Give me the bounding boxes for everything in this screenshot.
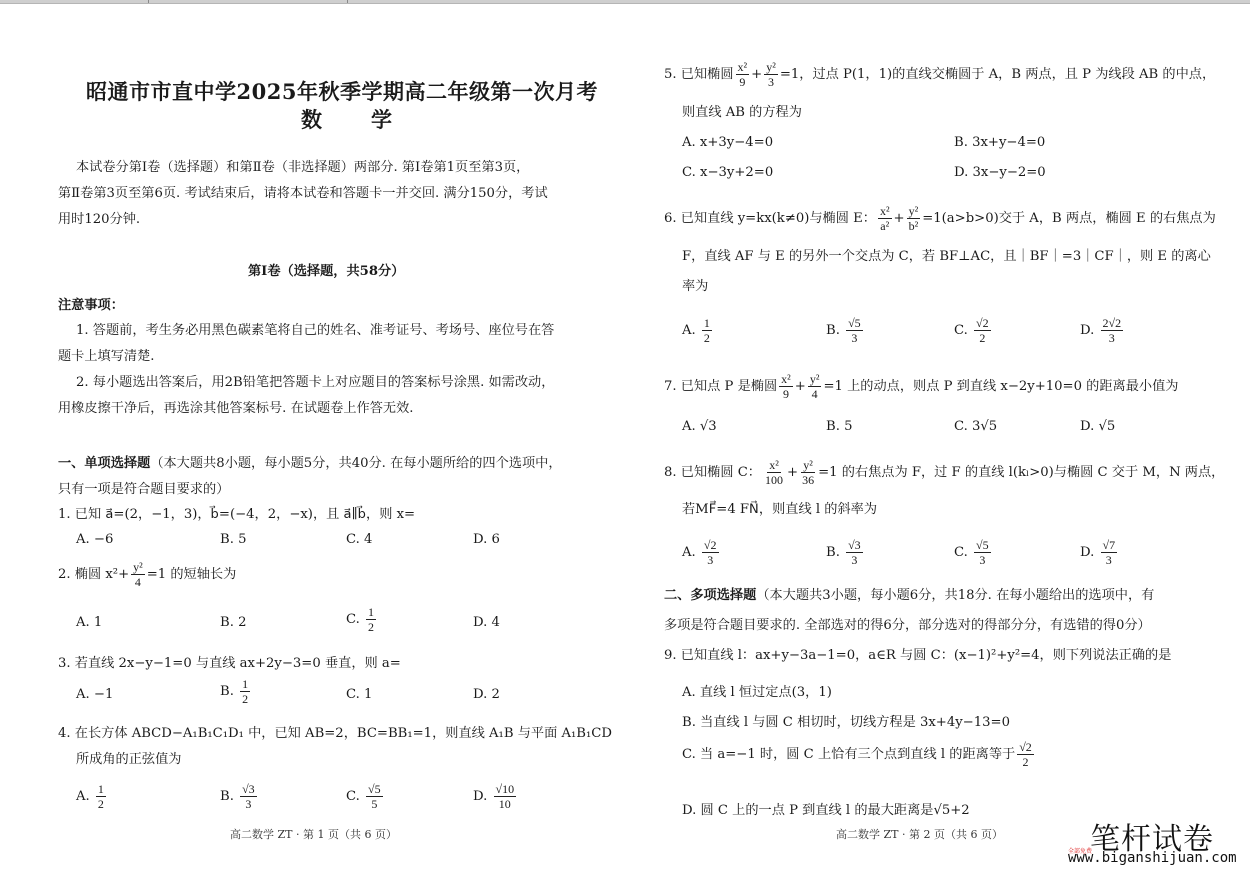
q9-option-c: C. 当 a=−1 时，圆 C 上恰有三个点到直线 l 的距离等于√22 bbox=[682, 740, 1036, 769]
q3-option-a: A. −1 bbox=[76, 687, 113, 702]
question-5-stem: 5. 已知椭圆x²9+y²3=1，过点 P(1，1)的直线交椭圆于 A，B 两点… bbox=[664, 60, 1215, 89]
q8-option-d: D. √73 bbox=[1080, 538, 1119, 567]
q7-option-d: D. √5 bbox=[1080, 419, 1115, 434]
question-8-stem: 8. 已知椭圆 C：x²100+y²36=1 的右焦点为 F，过 F 的直线 l… bbox=[664, 458, 1224, 487]
q2-option-b: B. 2 bbox=[220, 615, 246, 630]
q3-option-c: C. 1 bbox=[346, 687, 372, 702]
notice-heading: 注意事项： bbox=[58, 296, 124, 316]
q3-option-d: D. 2 bbox=[473, 687, 500, 702]
intro-line: 用时120分钟. bbox=[58, 210, 140, 230]
intro-line: 第Ⅱ卷第3页至第6页. 考试结束后，请将本试卷和答题卡一并交回. 满分150分，… bbox=[58, 184, 548, 204]
section2-header: 二、多项选择题（本大题共3小题，每小题6分，共18分. 在每小题给出的选项中，有 bbox=[664, 586, 1154, 606]
q2-option-d: D. 4 bbox=[473, 615, 500, 630]
q2-option-a: A. 1 bbox=[76, 615, 102, 630]
q3-option-b: B. 12 bbox=[220, 677, 252, 706]
q9-option-b: B. 当直线 l 与圆 C 相切时，切线方程是 3x+4y−13=0 bbox=[682, 711, 1010, 730]
section2-desc: 多项是符合题目要求的. 全部选对的得6分，部分选对的得部分分，有选错的得0分） bbox=[664, 616, 1151, 636]
notice-line: 2. 每小题选出答案后，用2B铅笔把答题卡上对应题目的答案标号涂黑. 如需改动， bbox=[76, 373, 554, 393]
question-5-stem-cont: 则直线 AB 的方程为 bbox=[682, 103, 802, 123]
exam-title: 昭通市市直中学2025年秋季学期高二年级第一次月考 bbox=[86, 76, 598, 106]
q1-option-d: D. 6 bbox=[473, 532, 500, 547]
section1-title: 一、单项选择题 bbox=[58, 456, 150, 471]
q5-option-d: D. 3x−y−2=0 bbox=[954, 165, 1046, 180]
question-1-stem: 1. 已知 a⃗=(2，−1，3)，b⃗=(−4，2，−x)，且 a⃗∥b⃗，则… bbox=[58, 505, 415, 525]
page-footer: 高二数学 ZT · 第 1 页（共 6 页） bbox=[230, 826, 397, 842]
q2-option-c: C. 12 bbox=[346, 605, 378, 634]
page-footer: 高二数学 ZT · 第 2 页（共 6 页） bbox=[836, 826, 1003, 842]
question-7-stem: 7. 已知点 P 是椭圆x²9+y²4=1 上的动点，则点 P 到直线 x−2y… bbox=[664, 372, 1179, 401]
q8-option-a: A. √23 bbox=[682, 538, 721, 567]
question-9-stem: 9. 已知直线 l：ax+y−3a−1=0，a∈R 与圆 C：(x−1)²+y²… bbox=[664, 646, 1171, 666]
q4-option-a: A. 12 bbox=[76, 782, 108, 811]
question-8-stem-cont: 若MF⃗=4 FN⃗，则直线 l 的斜率为 bbox=[682, 500, 877, 520]
q1-option-c: C. 4 bbox=[346, 532, 372, 547]
question-6-stem-cont: 率为 bbox=[682, 277, 708, 297]
q7-option-c: C. 3√5 bbox=[954, 419, 997, 434]
notice-line: 题卡上填写清楚. bbox=[58, 347, 155, 367]
q4-option-b: B. √33 bbox=[220, 782, 259, 811]
part1-heading: 第Ⅰ卷（选择题，共58分） bbox=[248, 262, 404, 282]
exam-subject: 数 学 bbox=[301, 104, 406, 134]
section2-title: 二、多项选择题 bbox=[664, 588, 756, 603]
fraction: y²4 bbox=[131, 560, 145, 589]
question-6-stem: 6. 已知直线 y=kx(k≠0)与椭圆 E：x²a²+y²b²=1(a>b>0… bbox=[664, 204, 1216, 233]
q5-option-b: B. 3x+y−4=0 bbox=[954, 135, 1045, 150]
q1-option-b: B. 5 bbox=[220, 532, 246, 547]
q5-option-c: C. x−3y+2=0 bbox=[682, 165, 773, 180]
notice-line: 用橡皮擦干净后，再选涂其他答案标号. 在试题卷上作答无效. bbox=[58, 399, 413, 419]
q9-option-a: A. 直线 l 恒过定点(3，1) bbox=[682, 681, 832, 700]
section1-header: 一、单项选择题（本大题共8小题，每小题5分，共40分. 在每小题所给的四个选项中… bbox=[58, 454, 562, 474]
question-4-stem-cont: 所成角的正弦值为 bbox=[76, 750, 182, 770]
question-3-stem: 3. 若直线 2x−y−1=0 与直线 ax+2y−3=0 垂直，则 a= bbox=[58, 654, 401, 674]
watermark-url: www.biganshijuan.com bbox=[1068, 850, 1237, 866]
notice-line: 1. 答题前，考生务必用黑色碳素笔将自己的姓名、准考证号、考场号、座位号在答 bbox=[76, 321, 554, 341]
q5-option-a: A. x+3y−4=0 bbox=[682, 135, 773, 150]
question-2-stem: 2. 椭圆 x²+y²4=1 的短轴长为 bbox=[58, 560, 236, 589]
question-4-stem: 4. 在长方体 ABCD−A₁B₁C₁D₁ 中，已知 AB=2，BC=BB₁=1… bbox=[58, 724, 612, 744]
q1-option-a: A. −6 bbox=[76, 532, 113, 547]
q6-option-b: B. √53 bbox=[826, 316, 865, 345]
intro-line: 本试卷分第Ⅰ卷（选择题）和第Ⅱ卷（非选择题）两部分. 第Ⅰ卷第1页至第3页， bbox=[76, 158, 529, 178]
question-6-stem-cont: F，直线 AF 与 E 的另外一个交点为 C，若 BF⊥AC，且｜BF｜=3｜C… bbox=[682, 247, 1211, 267]
q8-option-b: B. √33 bbox=[826, 538, 865, 567]
exam-page-1: 昭通市市直中学2025年秋季学期高二年级第一次月考 数 学 本试卷分第Ⅰ卷（选择… bbox=[58, 0, 608, 880]
exam-page-2: 5. 已知椭圆x²9+y²3=1，过点 P(1，1)的直线交椭圆于 A，B 两点… bbox=[664, 0, 1220, 880]
q6-option-a: A. 12 bbox=[682, 316, 714, 345]
q6-option-c: C. √22 bbox=[954, 316, 993, 345]
q7-option-a: A. √3 bbox=[682, 419, 717, 434]
section1-desc: 只有一项是符合题目要求的） bbox=[58, 480, 229, 500]
q6-option-d: D. 2√23 bbox=[1080, 316, 1125, 345]
q4-option-c: C. √55 bbox=[346, 782, 385, 811]
q7-option-b: B. 5 bbox=[826, 419, 852, 434]
q4-option-d: D. √1010 bbox=[473, 782, 518, 811]
q9-option-d: D. 圆 C 上的一点 P 到直线 l 的最大距离是√5+2 bbox=[682, 799, 970, 818]
q8-option-c: C. √53 bbox=[954, 538, 993, 567]
